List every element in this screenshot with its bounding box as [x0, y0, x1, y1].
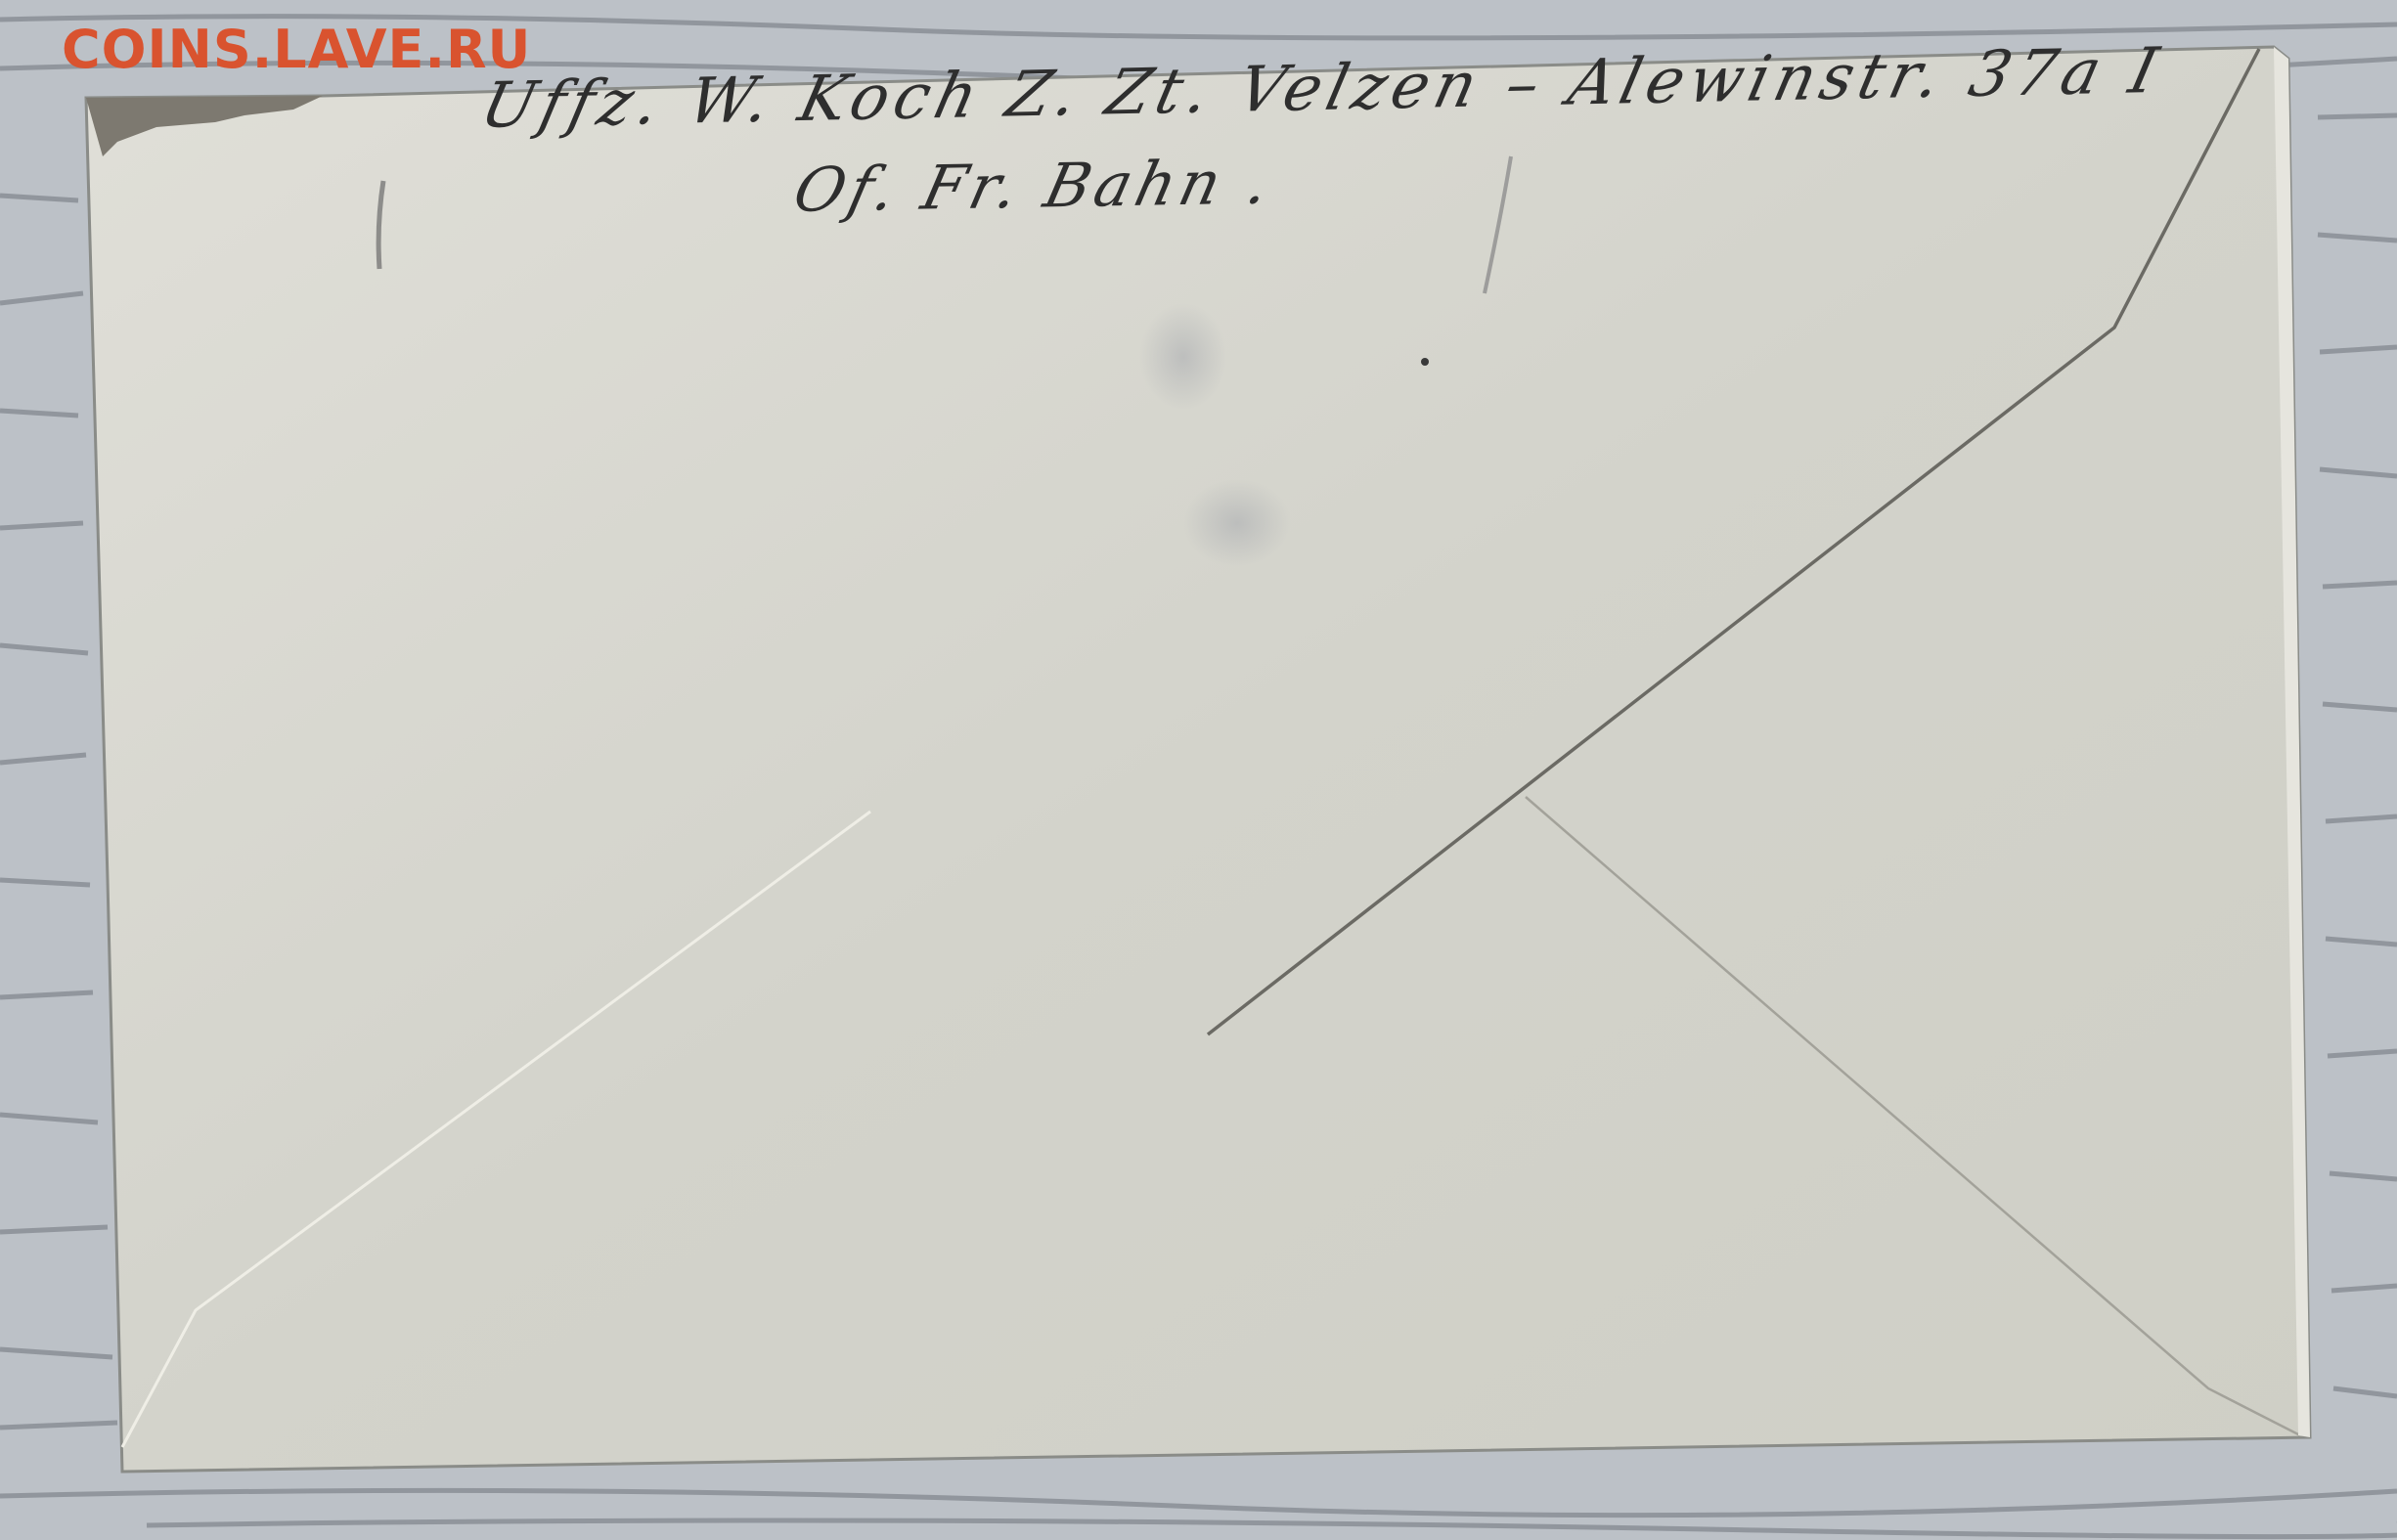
envelope: [86, 47, 2310, 1472]
watermark: COINS.LAVE.RU: [62, 23, 531, 76]
sender-address-line-2: Of. Fr. Bahn .: [787, 146, 1281, 226]
envelope-photo: [0, 0, 2397, 1540]
